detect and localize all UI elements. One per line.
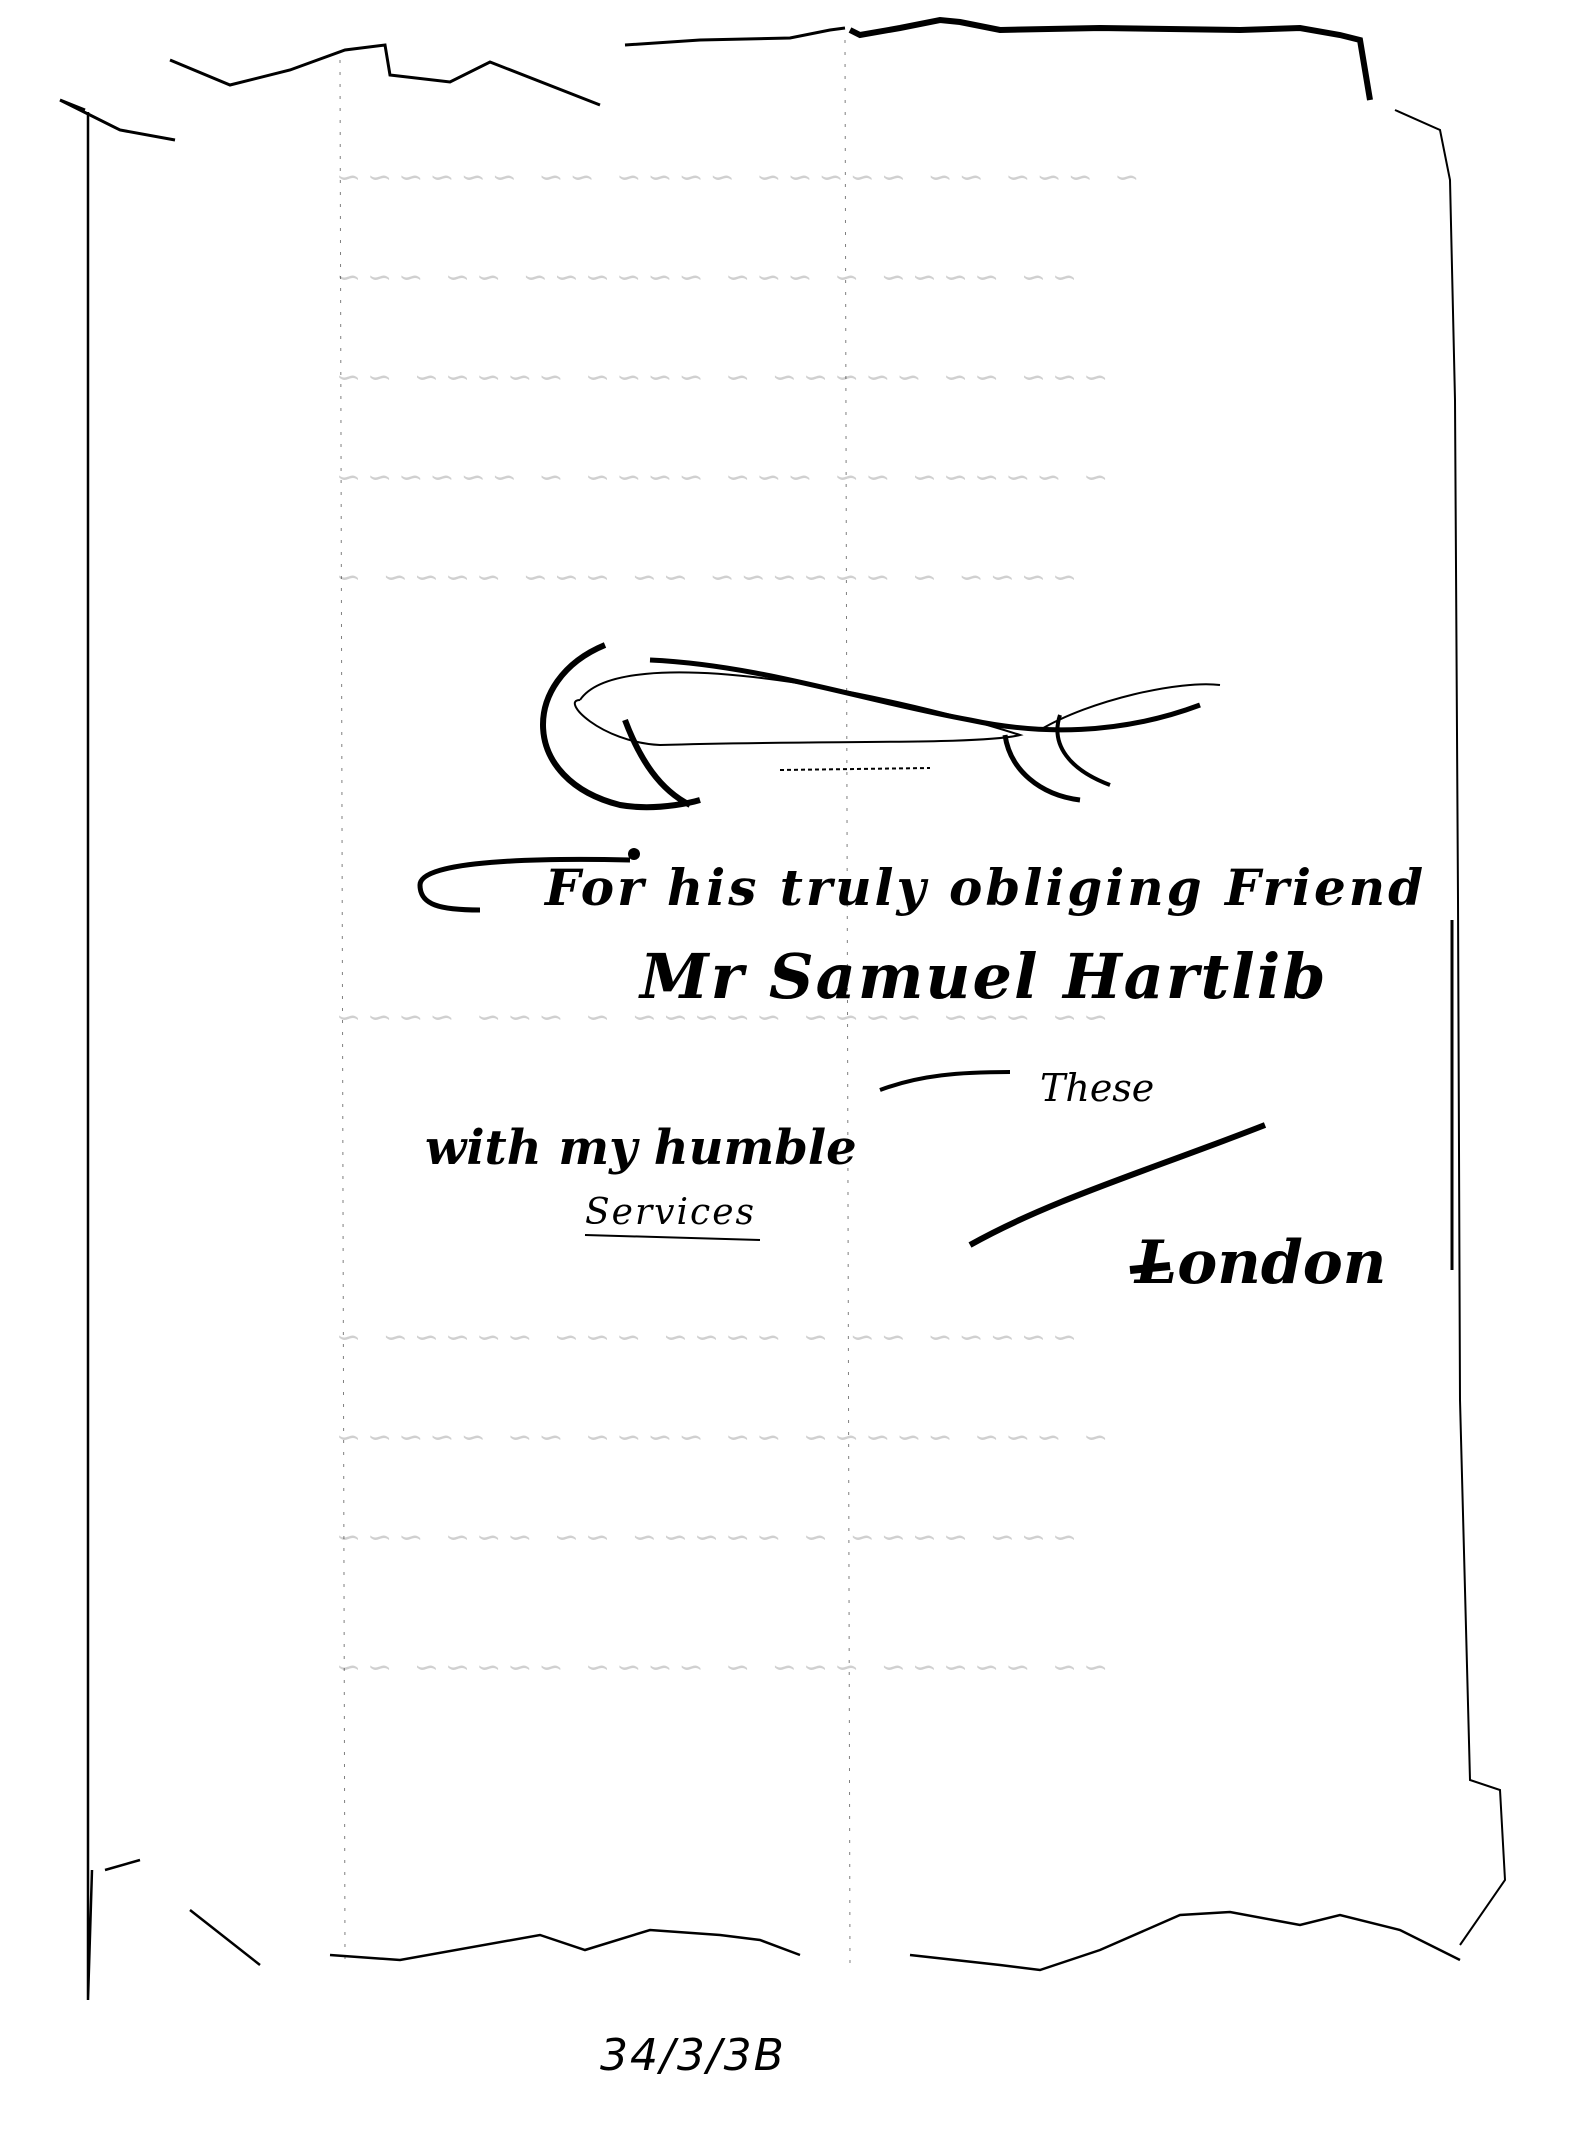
bleed-through-text: ~~~~~ ~~ ~ ~~~~ ~~~ ~~~~~ ~ — [330, 1320, 1077, 1355]
shelfmark: 34/3/3B — [600, 2030, 786, 2081]
address-line-recipient-epithet: For his truly obliging Friend — [545, 858, 1426, 917]
bleed-through-text: ~~~ ~~ ~~~~~ ~ ~~~~ ~~~~~ ~~ — [330, 360, 1108, 395]
address-line-humble: with my humble — [425, 1120, 857, 1176]
bleed-through-text: ~ ~~~ ~~~~~ ~~ ~~~~ ~~ ~~~~~ — [330, 1420, 1108, 1455]
address-line-these: These — [1040, 1066, 1154, 1110]
bleed-through-text: ~~~ ~~~~ ~ ~~~~~ ~~ ~~~ ~~~ — [330, 1520, 1077, 1555]
address-line-recipient-name: Mr Samuel Hartlib — [640, 940, 1328, 1013]
bleed-through-text: ~~ ~~~~~ ~~~ ~ ~~~~ ~~~~~ ~~ — [330, 1650, 1108, 1685]
bleed-through-text: ~ ~~~~~ ~~ ~~~ ~~~~ ~ ~~~~~~ — [330, 460, 1108, 495]
bleed-through-text: ~~~~ ~ ~~~~~~ ~~ ~~~ ~~~~ ~ — [330, 560, 1077, 595]
address-line-services: Services — [585, 1192, 756, 1233]
bleed-through-text: ~ ~~~ ~~ ~~~~~ ~~~~ ~~ ~~~~~~ — [330, 160, 1139, 195]
address-line-london: London — [1135, 1228, 1386, 1298]
page-outline — [0, 0, 1584, 2136]
bleed-through-text: ~~ ~~~~ ~ ~~~ ~~~~~~ ~~ ~~~ — [330, 260, 1077, 295]
